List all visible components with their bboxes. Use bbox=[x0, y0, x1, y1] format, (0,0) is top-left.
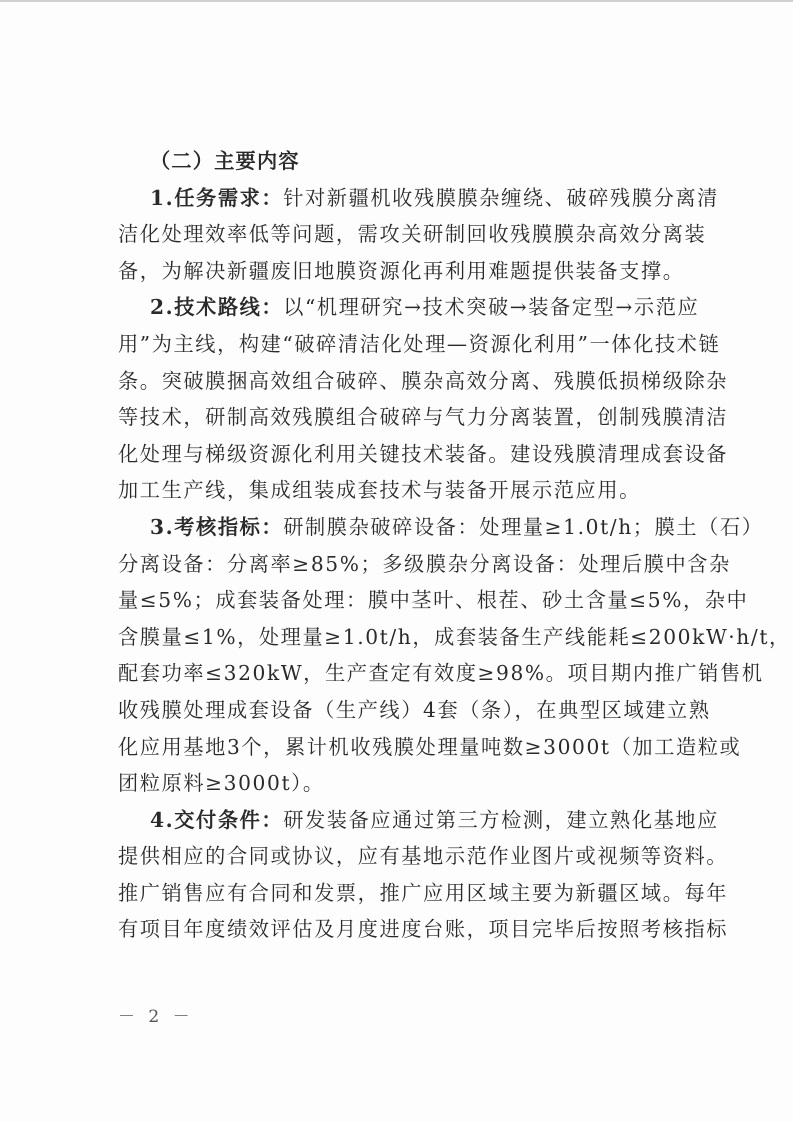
document-page: （二）主要内容 1.任务需求：针对新疆机收残膜膜杂缠绕、破碎残膜分离清 洁化处理… bbox=[0, 0, 793, 1122]
paragraph-line: 等技术，研制高效残膜组合破碎与气力分离装置，创制残膜清洁 bbox=[118, 399, 692, 436]
paragraph-line: 含膜量≤1%，处理量≥1.0t/h，成套装备生产线能耗≤200kW·h/t， bbox=[118, 619, 692, 656]
paragraph-technical-route: 2.技术路线：以“机理研究→技术突破→装备定型→示范应 用”为主线，构建“破碎清… bbox=[118, 289, 692, 509]
paragraph-assessment-indicators: 3.考核指标：研制膜杂破碎设备：处理量≥1.0t/h；膜土（石） 分离设备：分离… bbox=[118, 509, 692, 802]
paragraph-task-requirements: 1.任务需求：针对新疆机收残膜膜杂缠绕、破碎残膜分离清 洁化处理效率低等问题，需… bbox=[118, 180, 692, 290]
paragraph-line: 洁化处理效率低等问题，需攻关研制回收残膜膜杂高效分离装 bbox=[118, 216, 692, 253]
paragraph-line: 条。突破膜捆高效组合破碎、膜杂高效分离、残膜低损梯级除杂 bbox=[118, 363, 692, 400]
paragraph-line: 加工生产线，集成组装成套技术与装备开展示范应用。 bbox=[118, 472, 692, 509]
page-top-edge bbox=[0, 0, 793, 2]
paragraph-label: 3.考核指标： bbox=[150, 515, 283, 539]
paragraph-label: 1.任务需求： bbox=[150, 186, 283, 210]
paragraph-line: 3.考核指标：研制膜杂破碎设备：处理量≥1.0t/h；膜土（石） bbox=[118, 509, 692, 546]
paragraph-line: 团粒原料≥3000t）。 bbox=[118, 765, 692, 802]
paragraph-line: 有项目年度绩效评估及月度进度台账，项目完毕后按照考核指标 bbox=[118, 911, 692, 948]
paragraph-label: 4.交付条件： bbox=[150, 808, 283, 832]
document-body: （二）主要内容 1.任务需求：针对新疆机收残膜膜杂缠绕、破碎残膜分离清 洁化处理… bbox=[118, 143, 692, 948]
paragraph-line: 1.任务需求：针对新疆机收残膜膜杂缠绕、破碎残膜分离清 bbox=[118, 180, 692, 217]
paragraph-line: 分离设备：分离率≥85%；多级膜杂分离设备：处理后膜中含杂 bbox=[118, 546, 692, 583]
paragraph-line: 化处理与梯级资源化利用关键技术装备。建设残膜清理成套设备 bbox=[118, 436, 692, 473]
paragraph-label: 2.技术路线： bbox=[150, 295, 283, 319]
paragraph-line: 化应用基地3个，累计机收残膜处理量吨数≥3000t（加工造粒或 bbox=[118, 729, 692, 766]
section-heading: （二）主要内容 bbox=[118, 143, 692, 180]
paragraph-line: 提供相应的合同或协议，应有基地示范作业图片或视频等资料。 bbox=[118, 838, 692, 875]
paragraph-line: 收残膜处理成套设备（生产线）4套（条），在典型区域建立熟 bbox=[118, 692, 692, 729]
paragraph-line: 推广销售应有合同和发票，推广应用区域主要为新疆区域。每年 bbox=[118, 875, 692, 912]
page-number: － 2 － bbox=[118, 1002, 194, 1027]
paragraph-line: 4.交付条件：研发装备应通过第三方检测，建立熟化基地应 bbox=[118, 802, 692, 839]
paragraph-line: 备，为解决新疆废旧地膜资源化再利用难题提供装备支撑。 bbox=[118, 253, 692, 290]
paragraph-delivery-conditions: 4.交付条件：研发装备应通过第三方检测，建立熟化基地应 提供相应的合同或协议，应… bbox=[118, 802, 692, 948]
paragraph-line: 用”为主线，构建“破碎清洁化处理—资源化利用”一体化技术链 bbox=[118, 326, 692, 363]
paragraph-line: 量≤5%；成套装备处理：膜中茎叶、根茬、砂土含量≤5%，杂中 bbox=[118, 582, 692, 619]
paragraph-line: 2.技术路线：以“机理研究→技术突破→装备定型→示范应 bbox=[118, 289, 692, 326]
paragraph-line: 配套功率≤320kW，生产查定有效度≥98%。项目期内推广销售机 bbox=[118, 655, 692, 692]
